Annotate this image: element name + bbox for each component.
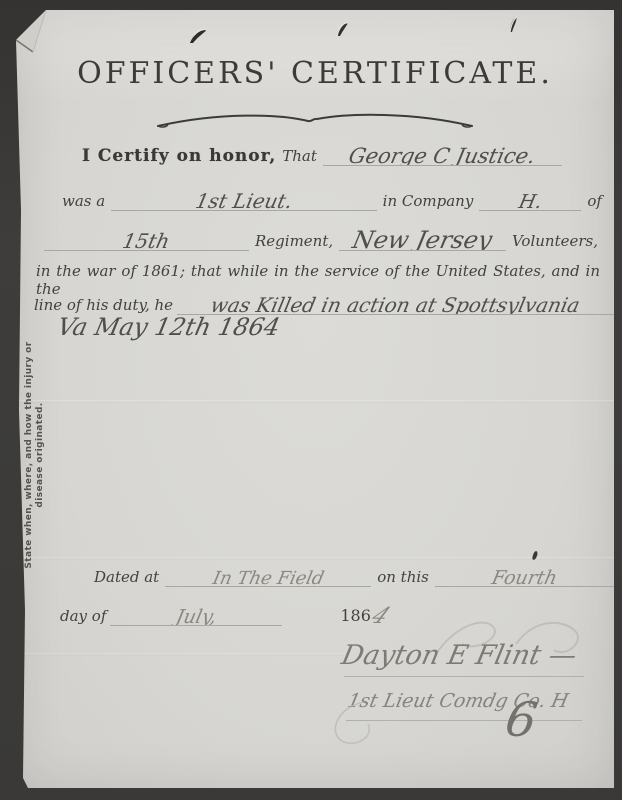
dated-day-entry: Fourth <box>490 569 559 587</box>
rank-field: 1st Lieut. <box>111 189 376 211</box>
fold-crease <box>16 653 345 656</box>
name-entry: George C Justice. <box>347 146 537 166</box>
page-title: OFFICERS' CERTIFICATE. <box>16 56 614 91</box>
dated-place-field: In The Field <box>165 567 371 587</box>
scan-backdrop: OFFICERS' CERTIFICATE. I Certify on hono… <box>0 0 622 800</box>
company-entry: H. <box>517 193 544 211</box>
duty-label: line of his duty, he <box>34 296 173 314</box>
fold-crease <box>16 557 614 560</box>
title-flourish <box>150 108 480 134</box>
dated-day-field: Fourth <box>435 567 614 587</box>
regiment-number-entry: 15th <box>121 231 172 251</box>
state-field: New Jersey <box>339 226 506 251</box>
was-a-label: was a <box>62 192 105 210</box>
certificate-page: OFFICERS' CERTIFICATE. I Certify on hono… <box>16 10 614 788</box>
signature-entry: Dayton E Flint — <box>339 642 579 669</box>
dated-at-label: Dated at <box>94 568 159 586</box>
in-company-label: in Company <box>383 192 474 210</box>
margin-note: State when, where, and how the injury or… <box>24 335 46 575</box>
that-label: That <box>282 147 317 165</box>
regiment-label: Regiment, <box>255 232 333 250</box>
fold-crease <box>16 400 614 403</box>
cause-continued-wrap: Va May 12th 1864 <box>58 313 279 337</box>
paper-tear <box>504 14 522 38</box>
signature-wrap: Dayton E Flint — <box>334 640 584 667</box>
day-of-label: day of <box>60 607 106 625</box>
company-field: H. <box>479 191 581 211</box>
state-entry: New Jersey <box>351 228 495 251</box>
certify-label: I Certify on honor, <box>82 146 276 166</box>
cause-field: was Killed in action at Spottsylvania <box>177 293 614 315</box>
name-field: George C Justice. <box>323 144 562 166</box>
rank-entry: 1st Lieut. <box>194 191 294 211</box>
cause-entry: was Killed in action at Spottsylvania <box>209 295 582 315</box>
of-label: of <box>587 192 602 210</box>
year-prefix: 186 <box>340 606 371 625</box>
signature-line <box>344 676 584 677</box>
month-field: July, <box>110 606 282 626</box>
paper-tear <box>188 26 210 48</box>
volunteers-label: Volunteers, <box>512 232 598 250</box>
regiment-number-field: 15th <box>44 229 249 251</box>
on-this-label: on this <box>377 568 429 586</box>
cause-continued-entry: Va May 12th 1864 <box>55 315 282 339</box>
paper-tear <box>334 20 352 40</box>
dated-place-entry: In The Field <box>211 570 325 587</box>
pencil-loop <box>324 698 394 748</box>
month-entry: July, <box>174 608 218 626</box>
